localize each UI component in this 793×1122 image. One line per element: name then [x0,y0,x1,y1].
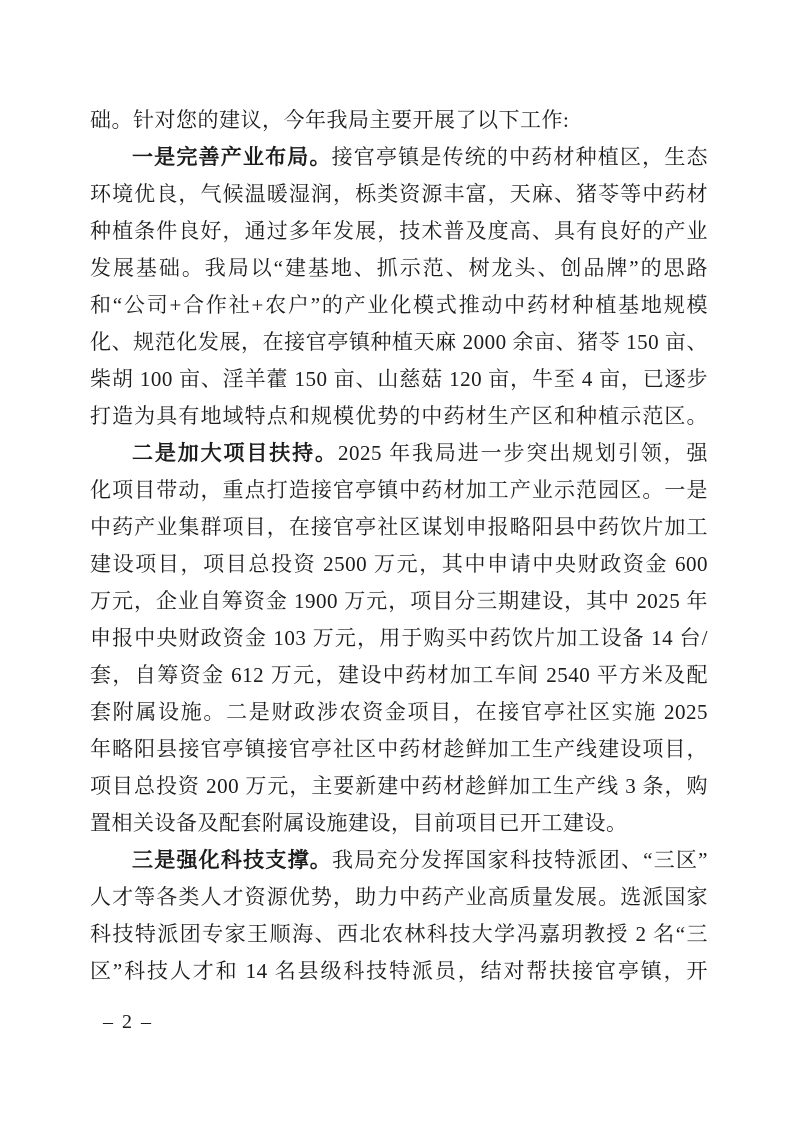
line-text: 区”科技人才和 14 名县级科技特派员，结对帮扶接官亭镇，开 [90,959,708,983]
line-text: 2025 年我局进一步突出规划引领，强 [338,441,708,465]
text-line: 化项目带动，重点打造接官亭镇中药材加工产业示范园区。一是 [90,472,708,509]
text-line: 科技特派团专家王顺海、西北农林科技大学冯嘉玥教授 2 名“三 [90,916,708,953]
line-text: 接官亭镇是传统的中药材种植区，生态 [332,145,708,169]
document-page: 础。针对您的建议，今年我局主要开展了以下工作: 一是完善产业布局。接官亭镇是传统… [0,0,793,1122]
line-text: 打造为具有地域特点和规模优势的中药材生产区和种植示范区。 [90,404,708,428]
paragraph-lead-bold: 三是强化科技支撑。 [132,849,332,872]
text-line: 柴胡 100 亩、淫羊藿 150 亩、山慈菇 120 亩，牛至 4 亩，已逐步 [90,361,708,398]
text-line: 种植条件良好，通过多年发展，技术普及度高、具有良好的产业 [90,213,708,250]
line-text: 万元，企业自筹资金 1900 万元，项目分三期建设，其中 2025 年 [90,589,708,613]
line-text: 种植条件良好，通过多年发展，技术普及度高、具有良好的产业 [90,219,708,243]
text-line: 一是完善产业布局。接官亭镇是传统的中药材种植区，生态 [90,139,708,176]
text-line: 二是加大项目扶持。2025 年我局进一步突出规划引领，强 [90,435,708,472]
paragraph-lead-bold: 二是加大项目扶持。 [132,442,338,465]
line-text: 化项目带动，重点打造接官亭镇中药材加工产业示范园区。一是 [90,478,708,502]
line-text: 和“公司+合作社+农户”的产业化模式推动中药材种植基地规模 [90,293,708,317]
text-line: 套，自筹资金 612 万元，建设中药材加工车间 2540 平方米及配 [90,657,708,694]
line-text: 建设项目，项目总投资 2500 万元，其中申请中央财政资金 600 [90,552,708,576]
line-text: 础。针对您的建议，今年我局主要开展了以下工作: [90,108,569,132]
text-line: 和“公司+合作社+农户”的产业化模式推动中药材种植基地规模 [90,287,708,324]
text-line: 申报中央财政资金 103 万元，用于购买中药饮片加工设备 14 台/ [90,620,708,657]
line-text: 置相关设备及配套附属设施建设，目前项目已开工建设。 [90,811,628,835]
line-text: 柴胡 100 亩、淫羊藿 150 亩、山慈菇 120 亩，牛至 4 亩，已逐步 [90,367,708,391]
line-text: 化、规范化发展，在接官亭镇种植天麻 2000 余亩、猪苓 150 亩、 [90,330,708,354]
line-text: 项目总投资 200 万元，主要新建中药材趁鲜加工生产线 3 条，购 [90,774,708,798]
line-text: 人才等各类人才资源优势，助力中药产业高质量发展。选派国家 [90,885,708,909]
line-text: 环境优良，气候温暖湿润，栎类资源丰富，天麻、猪苓等中药材 [90,182,708,206]
line-text: 中药产业集群项目，在接官亭社区谋划申报略阳县中药饮片加工 [90,515,708,539]
line-text: 发展基础。我局以“建基地、抓示范、树龙头、创品牌”的思路 [90,256,708,280]
page-number: – 2 – [103,1008,153,1036]
text-line: 环境优良，气候温暖湿润，栎类资源丰富，天麻、猪苓等中药材 [90,176,708,213]
line-text: 年略阳县接官亭镇接官亭社区中药材趁鲜加工生产线建设项目， [90,737,708,761]
line-text: 套，自筹资金 612 万元，建设中药材加工车间 2540 平方米及配 [90,663,708,687]
document-body: 础。针对您的建议，今年我局主要开展了以下工作: 一是完善产业布局。接官亭镇是传统… [90,102,708,990]
line-text: 套附属设施。二是财政涉农资金项目，在接官亭社区实施 2025 [90,700,708,724]
text-line: 项目总投资 200 万元，主要新建中药材趁鲜加工生产线 3 条，购 [90,768,708,805]
text-line: 中药产业集群项目，在接官亭社区谋划申报略阳县中药饮片加工 [90,509,708,546]
text-line: 万元，企业自筹资金 1900 万元，项目分三期建设，其中 2025 年 [90,583,708,620]
text-line: 化、规范化发展，在接官亭镇种植天麻 2000 余亩、猪苓 150 亩、 [90,324,708,361]
text-line: 套附属设施。二是财政涉农资金项目，在接官亭社区实施 2025 [90,694,708,731]
text-line: 年略阳县接官亭镇接官亭社区中药材趁鲜加工生产线建设项目， [90,731,708,768]
line-text: 我局充分发挥国家科技特派团、“三区” [332,848,708,872]
line-text: 申报中央财政资金 103 万元，用于购买中药饮片加工设备 14 台/ [90,626,708,650]
text-line: 区”科技人才和 14 名县级科技特派员，结对帮扶接官亭镇，开 [90,953,708,990]
text-line: 置相关设备及配套附属设施建设，目前项目已开工建设。 [90,805,708,842]
line-text: 科技特派团专家王顺海、西北农林科技大学冯嘉玥教授 2 名“三 [90,922,708,946]
text-line: 打造为具有地域特点和规模优势的中药材生产区和种植示范区。 [90,398,708,435]
text-line: 三是强化科技支撑。我局充分发挥国家科技特派团、“三区” [90,842,708,879]
text-line: 建设项目，项目总投资 2500 万元，其中申请中央财政资金 600 [90,546,708,583]
paragraph-lead-bold: 一是完善产业布局。 [132,146,332,169]
text-line: 础。针对您的建议，今年我局主要开展了以下工作: [90,102,708,139]
text-line: 人才等各类人才资源优势，助力中药产业高质量发展。选派国家 [90,879,708,916]
text-line: 发展基础。我局以“建基地、抓示范、树龙头、创品牌”的思路 [90,250,708,287]
